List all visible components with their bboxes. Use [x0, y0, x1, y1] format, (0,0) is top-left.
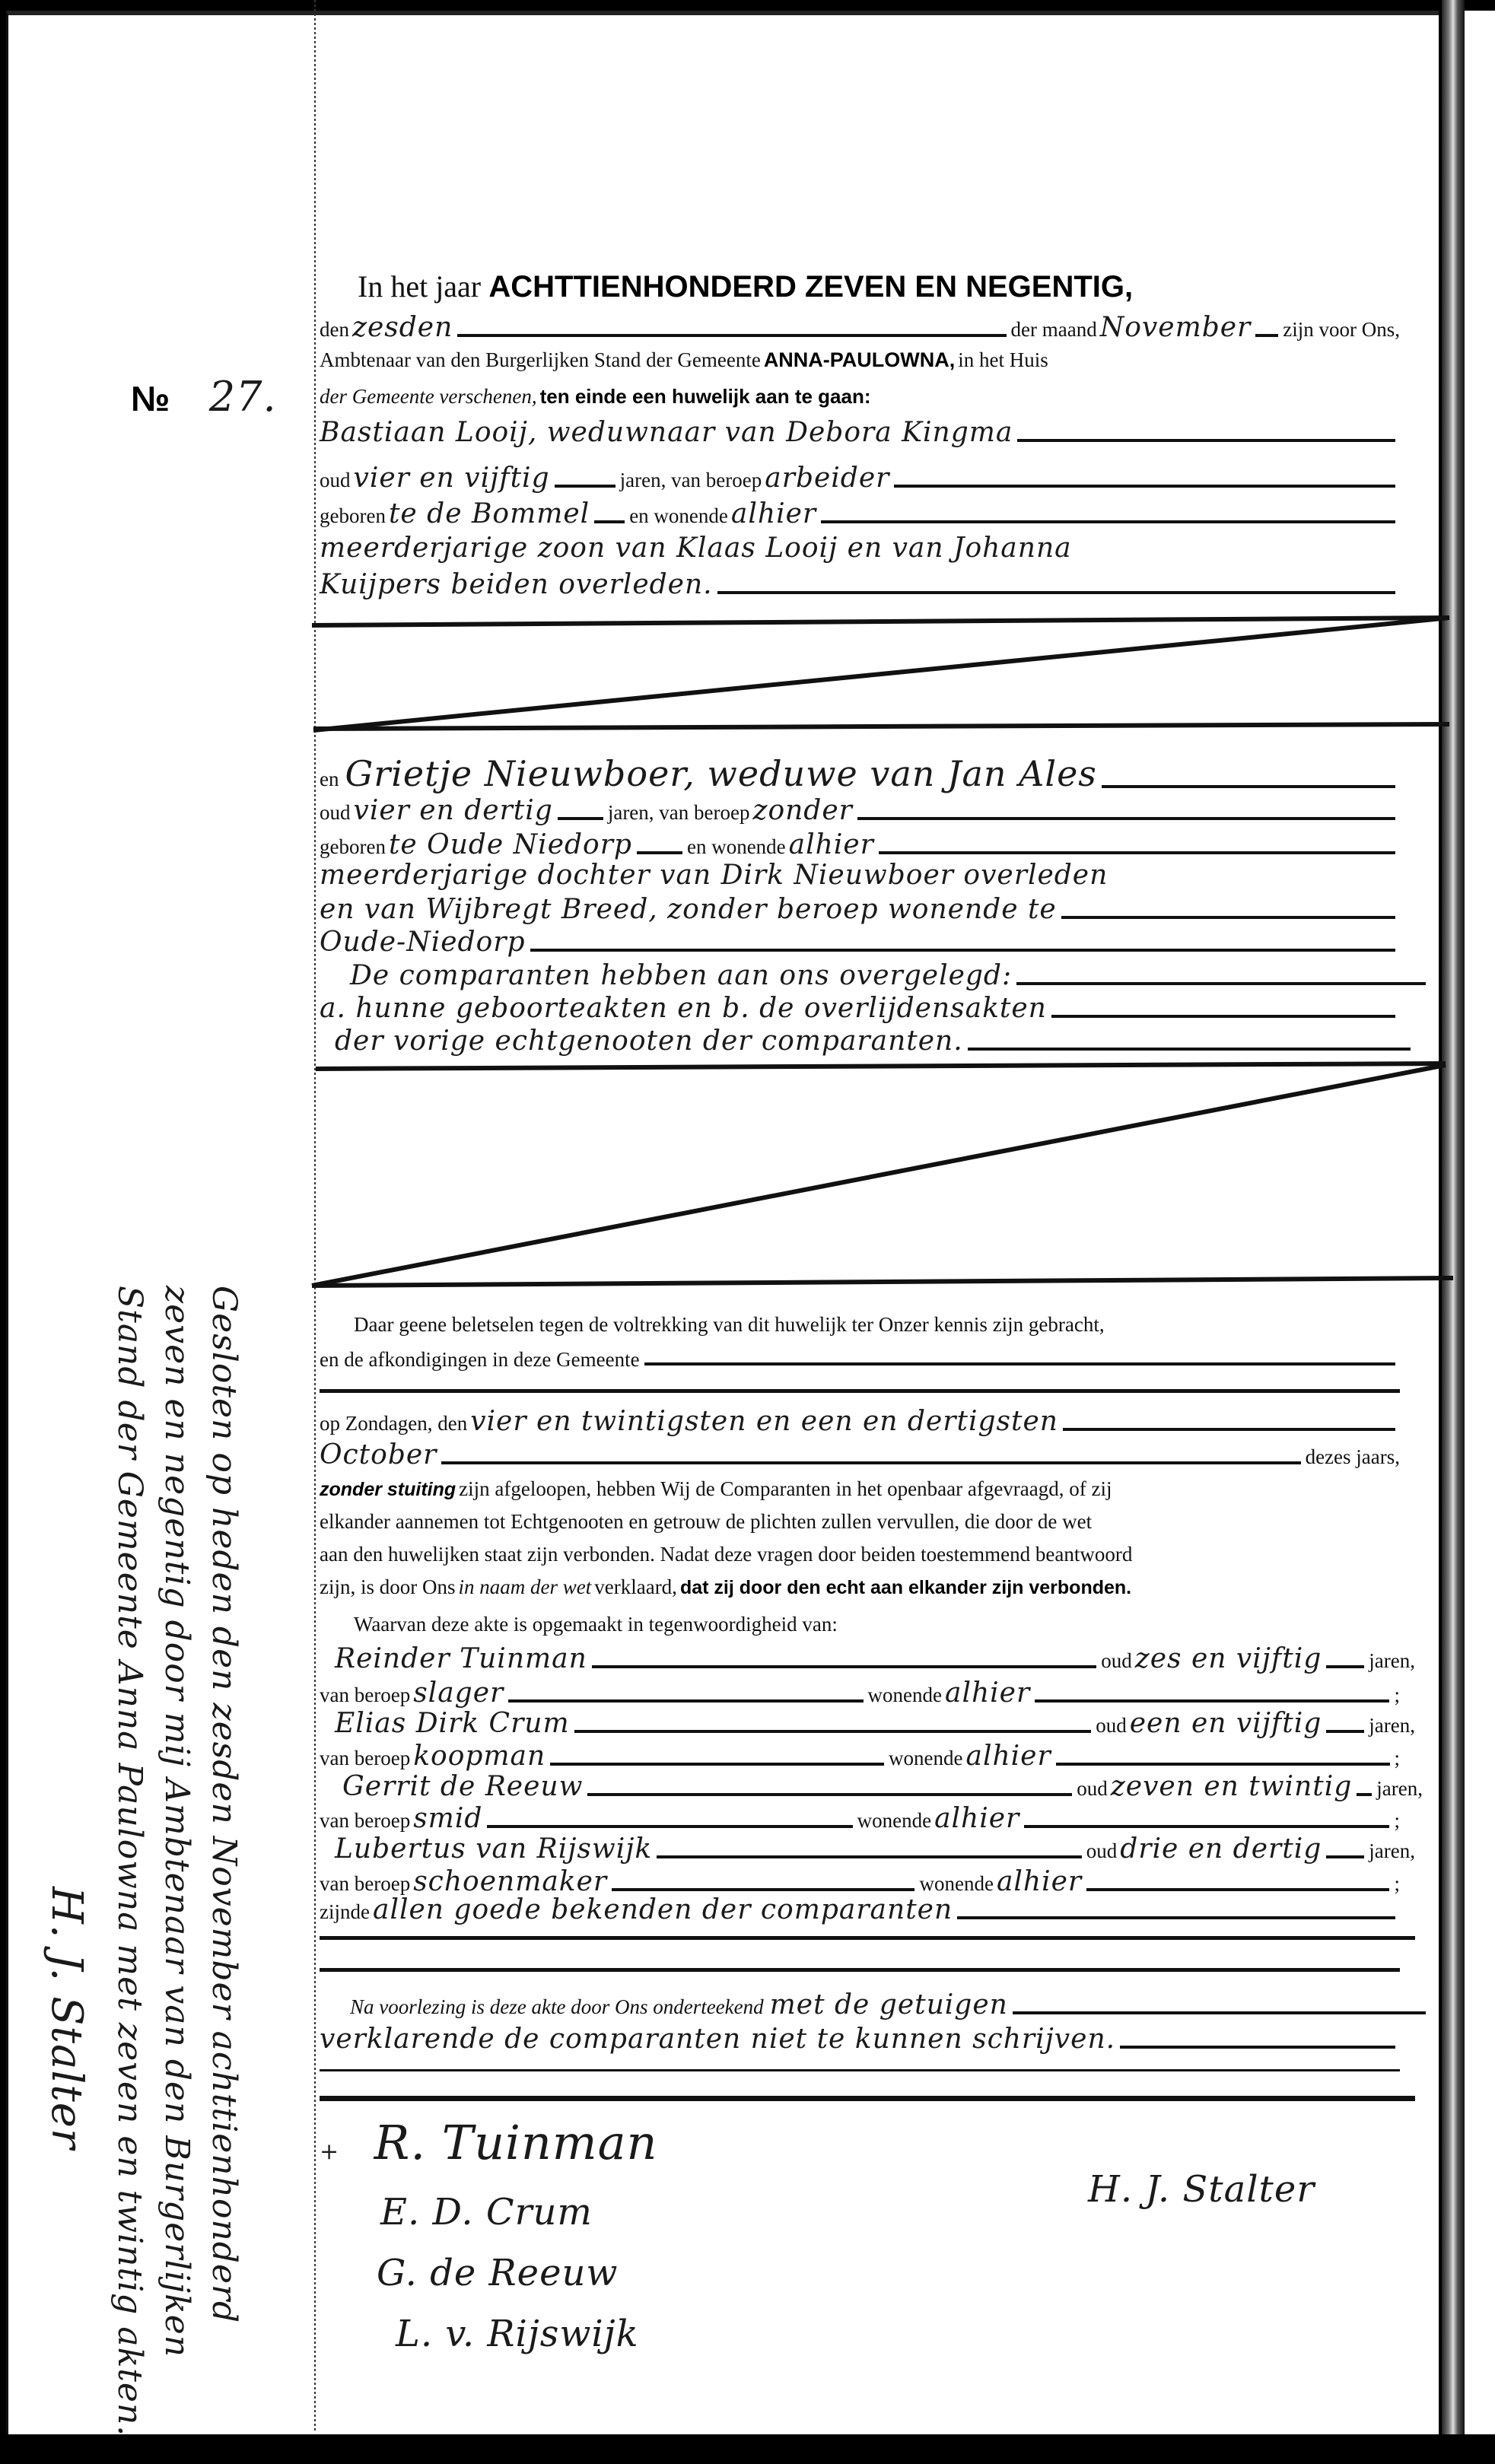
- blank-line: [320, 1968, 1400, 1972]
- documents-row-2: a. hunne geboorteakten en b. de overlijd…: [320, 993, 1400, 1024]
- witnesses-relation: allen goede bekenden der comparanten: [373, 1894, 953, 1925]
- proclamation-month-row: October dezes jaars,: [320, 1439, 1400, 1470]
- witness-age: zeven en twintig: [1111, 1771, 1352, 1802]
- bride-parents-row-2: en van Wijbregt Breed, zonder beroep won…: [320, 894, 1400, 925]
- groom-name: Bastiaan Looij, weduwnaar van Debora Kin…: [320, 417, 1013, 448]
- proclamation-row-8: zijn, is door Ons in naam der wet verkla…: [320, 1575, 1400, 1599]
- proclamation-dates: vier en twintigsten en een en dertigsten: [470, 1406, 1058, 1437]
- margin-registrar-signature: H. J. Stalter: [42, 1887, 91, 2150]
- proclamation-dates-row: op Zondagen, den vier en twintigsten en …: [320, 1406, 1400, 1437]
- groom-parents-row: meerderjarige zoon van Klaas Looij en va…: [320, 533, 1400, 564]
- month-value: November: [1100, 312, 1252, 343]
- margin-note-line: zeven en negentig door mij Ambtenaar van…: [153, 1286, 200, 2168]
- witness-name: Gerrit de Reeuw: [342, 1771, 583, 1802]
- day-value: zesden: [352, 312, 453, 343]
- bride-occupation: zonder: [752, 795, 852, 826]
- bride-age: vier en dertig: [354, 795, 553, 826]
- closing-row-2: verklarende de comparanten niet te kunne…: [320, 2024, 1400, 2055]
- bride-residence: alhier: [789, 829, 874, 860]
- witness-1-occupation-row: van beroep slager wonende alhier ;: [320, 1677, 1400, 1709]
- bride-name: Grietje Nieuwboer, weduwe van Jan Ales: [345, 753, 1096, 794]
- proclamation-month: October: [320, 1439, 437, 1470]
- closing-rule: [320, 2096, 1415, 2101]
- witness-residence: alhier: [945, 1677, 1030, 1709]
- proclamation-row-6: elkander aannemen tot Echtgenooten en ge…: [320, 1510, 1400, 1534]
- witness-occupation: koopman: [413, 1741, 546, 1772]
- witness-occupation: smid: [413, 1803, 482, 1834]
- page-frame-line: [314, 0, 316, 2431]
- number-label: №: [131, 379, 170, 418]
- groom-occupation: arbeider: [765, 463, 889, 494]
- intro-date-row: den zesden der maand November zijn voor …: [320, 312, 1400, 343]
- witness-signature-2: E. D. Crum: [380, 2191, 593, 2233]
- blank-line: [320, 2069, 1400, 2071]
- intro-purpose-row: der Gemeente verschenen, ten einde een h…: [320, 385, 1400, 409]
- witness-4-occupation-row: van beroep schoenmaker wonende alhier ;: [320, 1866, 1400, 1897]
- groom-name-row: Bastiaan Looij, weduwnaar van Debora Kin…: [320, 417, 1400, 448]
- proclamation-row-5: zonder stuiting zijn afgeloopen, hebben …: [320, 1477, 1400, 1501]
- blank-line: [320, 1936, 1415, 1940]
- record-number: № 27.: [131, 373, 277, 421]
- witness-age: zes en vijftig: [1135, 1643, 1322, 1674]
- intro-official-row: Ambtenaar van den Burgerlijken Stand der…: [320, 348, 1400, 372]
- witness-3-row: Gerrit de Reeuw oud zeven en twintig jar…: [320, 1771, 1423, 1802]
- groom-parents-row-2: Kuijpers beiden overleden.: [320, 569, 1400, 600]
- groom-birth-row: geboren te de Bommel en wonende alhier: [320, 498, 1400, 529]
- bride-age-row: oud vier en dertig jaren, van beroep zon…: [320, 795, 1400, 826]
- title-year: ACHTTIENHONDERD ZEVEN EN NEGENTIG,: [488, 270, 1133, 304]
- witness-signature-3: G. de Reeuw: [377, 2252, 619, 2294]
- witness-residence: alhier: [997, 1866, 1082, 1897]
- margin-note-line: Gesloten op heden den zesden November ac…: [200, 1286, 247, 2168]
- witness-residence: alhier: [934, 1803, 1019, 1834]
- bride-name-row: en Grietje Nieuwboer, weduwe van Jan Ale…: [320, 753, 1400, 794]
- next-page-edge: [1465, 11, 1495, 2445]
- bride-parents-row: meerderjarige dochter van Dirk Nieuwboer…: [320, 860, 1400, 891]
- book-spine: [1442, 0, 1465, 2464]
- title-prefix: In het jaar: [358, 269, 481, 304]
- witness-name: Lubertus van Rijswijk: [335, 1833, 652, 1865]
- witness-2-occupation-row: van beroep koopman wonende alhier ;: [320, 1741, 1400, 1772]
- margin-note-line: Stand der Gemeente Anna Paulowna met zev…: [106, 1286, 153, 2168]
- proclamation-row-7: aan den huwelijken staat zijn verbonden.…: [320, 1543, 1400, 1566]
- proclamation-row-1: Daar geene beletselen tegen de voltrekki…: [320, 1313, 1434, 1337]
- bride-parents-row-3: Oude-Niedorp: [320, 927, 1400, 958]
- witness-residence: alhier: [965, 1741, 1051, 1772]
- groom-birthplace: te de Bommel: [389, 498, 590, 529]
- witness-occupation: slager: [413, 1677, 504, 1709]
- witness-3-occupation-row: van beroep smid wonende alhier ;: [320, 1803, 1400, 1834]
- scan-bottom-edge: [0, 2434, 1495, 2464]
- groom-residence: alhier: [731, 498, 816, 529]
- groom-age: vier en vijftig: [354, 463, 550, 494]
- witness-name: Reinder Tuinman: [335, 1643, 587, 1674]
- witness-name: Elias Dirk Crum: [335, 1708, 570, 1739]
- bride-birth-row: geboren te Oude Niedorp en wonende alhie…: [320, 829, 1400, 860]
- witnesses-intro: Waarvan deze akte is opgemaakt in tegenw…: [320, 1613, 1434, 1636]
- proclamation-row-2: en de afkondigingen in deze Gemeente: [320, 1348, 1400, 1372]
- witnesses-relation-row: zijnde allen goede bekenden der comparan…: [320, 1894, 1400, 1925]
- blank-line: [320, 1389, 1400, 1393]
- closing-row-1: Na voorlezing is deze akte door Ons onde…: [320, 1989, 1430, 2020]
- number-value: 27.: [209, 373, 277, 421]
- witness-4-row: Lubertus van Rijswijk oud drie en dertig…: [320, 1833, 1415, 1865]
- margin-closing-note: Gesloten op heden den zesden November ac…: [106, 1286, 247, 2168]
- registrar-signature: H. J. Stalter: [1088, 2168, 1315, 2211]
- witness-age: een en vijftig: [1130, 1708, 1322, 1739]
- document-title: In het jaar ACHTTIENHONDERD ZEVEN EN NEG…: [358, 268, 1133, 304]
- witness-signature-1: + R. Tuinman: [320, 2115, 657, 2171]
- groom-age-row: oud vier en vijftig jaren, van beroep ar…: [320, 463, 1400, 494]
- witness-signature-4: L. v. Rijswijk: [396, 2313, 639, 2355]
- bride-birthplace: te Oude Niedorp: [389, 829, 632, 860]
- documents-row-1: De comparanten hebben aan ons overgelegd…: [320, 960, 1430, 991]
- municipality: ANNA-PAULOWNA,: [764, 348, 955, 372]
- witness-age: drie en dertig: [1120, 1833, 1322, 1865]
- documents-row-3: der vorige echtgenooten der comparanten.: [320, 1025, 1415, 1057]
- witness-2-row: Elias Dirk Crum oud een en vijftig jaren…: [320, 1708, 1415, 1739]
- witness-occupation: schoenmaker: [413, 1866, 607, 1897]
- witness-1-row: Reinder Tuinman oud zes en vijftig jaren…: [320, 1643, 1415, 1674]
